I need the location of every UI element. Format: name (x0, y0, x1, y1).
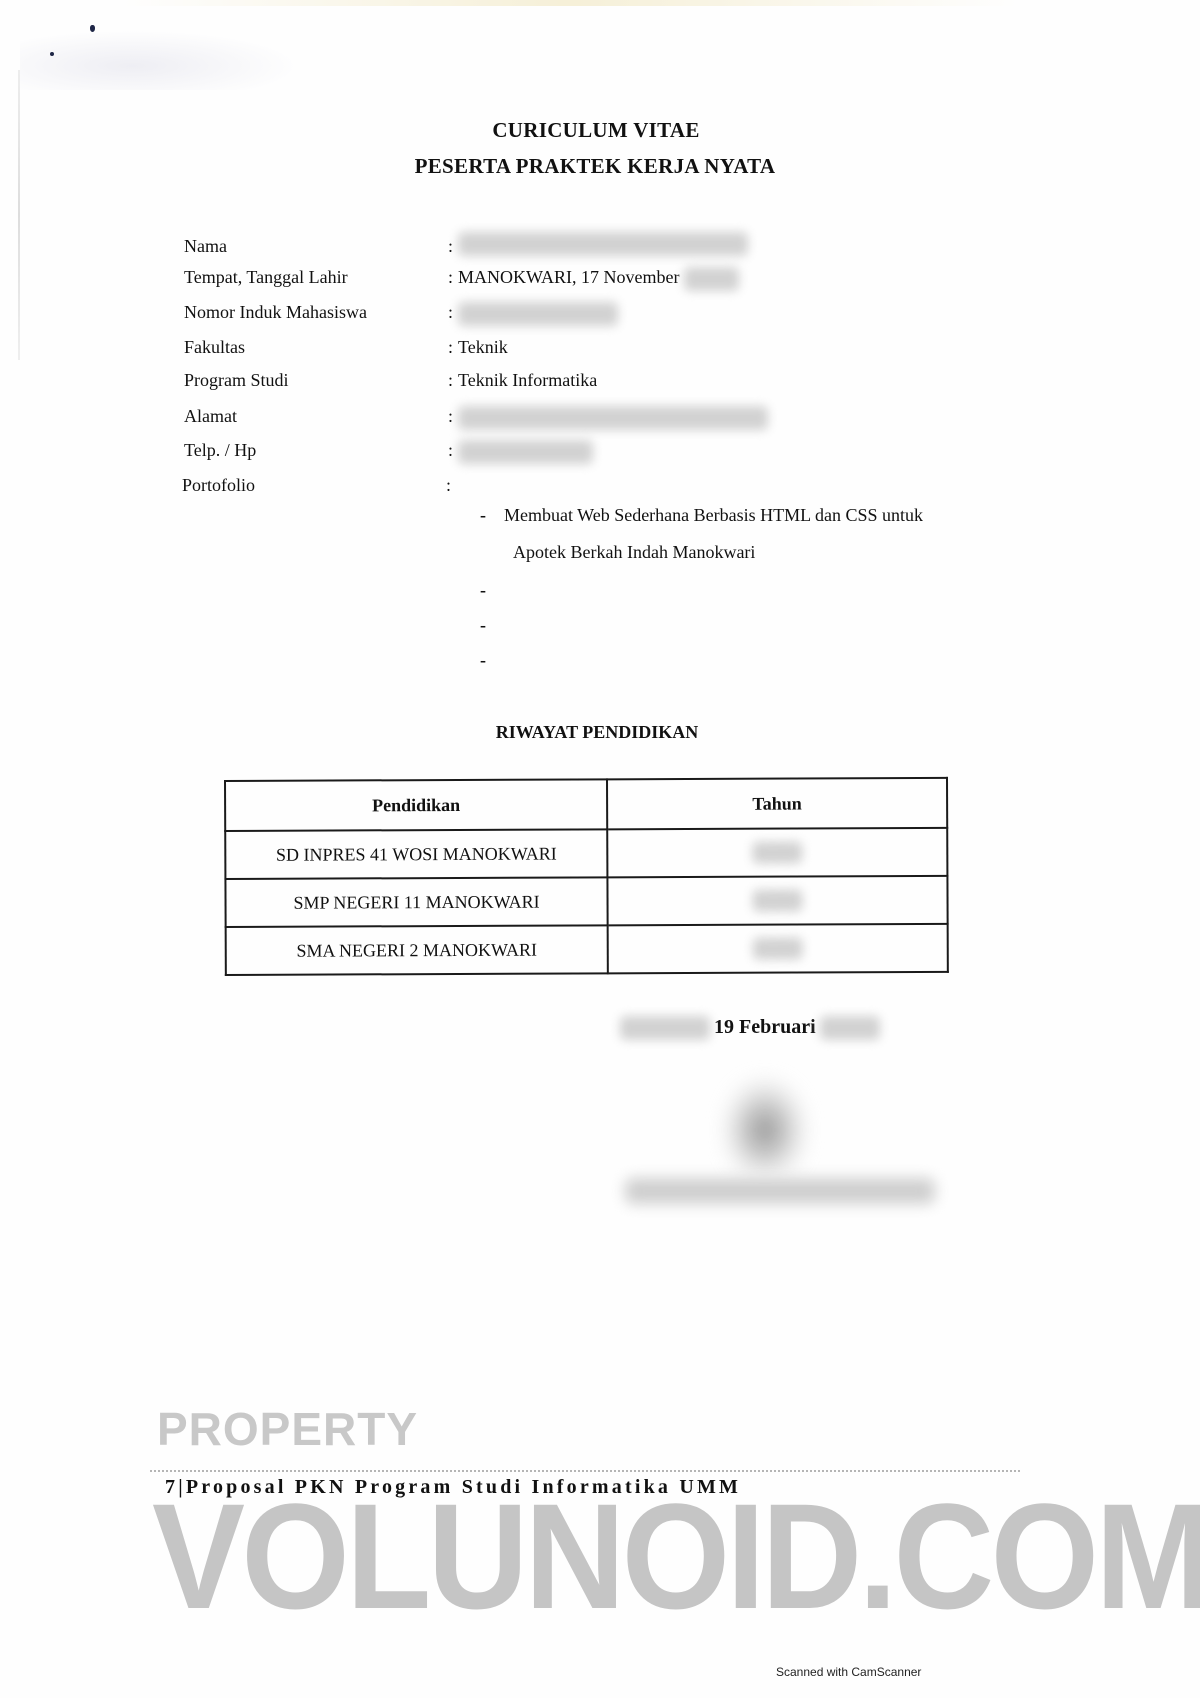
info-row-alamat: Alamat : (184, 406, 984, 436)
redacted-year (684, 267, 739, 291)
info-colon: : (448, 406, 453, 427)
scanner-credit: Scanned with CamScanner (776, 1665, 921, 1679)
table-header-row: Pendidikan Tahun (225, 778, 947, 831)
info-row-nama: Nama : (184, 236, 984, 266)
signature-date-text: 19 Februari (714, 1016, 816, 1038)
scan-artifact (20, 30, 300, 90)
section-title-education: RIWAYAT PENDIDIKAN (0, 722, 1197, 743)
footer-separator: | (178, 1476, 186, 1498)
cell-year-redacted (608, 924, 948, 973)
info-label: Fakultas (184, 337, 245, 358)
info-colon: : (448, 302, 453, 323)
info-label: Telp. / Hp (184, 440, 256, 461)
column-header-pendidikan: Pendidikan (225, 779, 607, 831)
bullet-dash: - (480, 650, 486, 671)
info-colon: : (448, 370, 453, 391)
info-label: Nomor Induk Mahasiswa (184, 302, 367, 323)
bullet-dash: - (480, 615, 486, 636)
info-row-program-studi: Program Studi : Teknik Informatika (184, 370, 984, 400)
info-value: MANOKWARI, 17 November (458, 267, 739, 291)
info-colon: : (448, 267, 453, 288)
education-table: Pendidikan Tahun SD INPRES 41 WOSI MANOK… (224, 777, 949, 976)
cell-school: SMP NEGERI 11 MANOKWARI (225, 877, 607, 927)
table-row: SD INPRES 41 WOSI MANOKWARI (225, 828, 947, 879)
info-value-redacted (458, 236, 748, 257)
info-value-redacted (458, 302, 618, 326)
bullet-dash: - (480, 505, 486, 526)
signature-image-redacted (720, 1075, 810, 1175)
info-row-ttl: Tempat, Tanggal Lahir : MANOKWARI, 17 No… (184, 267, 984, 297)
scan-artifact (120, 0, 1020, 6)
cell-school: SMA NEGERI 2 MANOKWARI (226, 925, 608, 975)
info-row-nim: Nomor Induk Mahasiswa : (184, 302, 984, 332)
watermark-property: PROPERTY (157, 1402, 418, 1456)
cell-year-redacted (607, 828, 947, 877)
info-colon: : (448, 236, 453, 257)
redacted-year (820, 1016, 880, 1040)
document-page: CURICULUM VITAE PESERTA PRAKTEK KERJA NY… (0, 0, 1200, 1698)
bullet-dash: - (480, 580, 486, 601)
footer-title: Proposal PKN Program Studi Informatika U… (186, 1476, 741, 1498)
table-row: SMP NEGERI 11 MANOKWARI (225, 876, 947, 927)
info-label: Program Studi (184, 370, 289, 391)
info-row-portofolio: Portofolio : (182, 475, 982, 505)
info-label: Portofolio (182, 475, 255, 496)
info-label: Nama (184, 236, 227, 257)
info-value-text: MANOKWARI, 17 November (458, 267, 679, 287)
redacted-place (620, 1016, 710, 1040)
ink-dot (50, 52, 54, 56)
ink-dot (90, 25, 95, 32)
info-row-telp: Telp. / Hp : (184, 440, 984, 470)
document-title: CURICULUM VITAE (0, 118, 1196, 143)
info-label: Alamat (184, 406, 237, 427)
info-value-redacted (458, 440, 593, 464)
scan-edge (18, 70, 20, 360)
cell-school: SD INPRES 41 WOSI MANOKWARI (225, 829, 607, 879)
signatory-name-redacted (625, 1178, 935, 1204)
info-colon: : (446, 475, 451, 496)
portfolio-item-line2: Apotek Berkah Indah Manokwari (513, 542, 755, 563)
cell-year-redacted (607, 876, 947, 925)
page-number: 7 (165, 1476, 178, 1498)
document-subtitle: PESERTA PRAKTEK KERJA NYATA (0, 154, 1195, 179)
info-colon: : (448, 337, 453, 358)
signature-date: 19 Februari (620, 1016, 880, 1040)
info-row-fakultas: Fakultas : Teknik (184, 337, 984, 367)
page-footer: 7|Proposal PKN Program Studi Informatika… (165, 1476, 741, 1499)
info-label: Tempat, Tanggal Lahir (184, 267, 348, 288)
portfolio-item-line1: Membuat Web Sederhana Berbasis HTML dan … (504, 505, 923, 526)
info-value: Teknik (458, 337, 508, 358)
info-value-redacted (458, 406, 768, 430)
info-colon: : (448, 440, 453, 461)
table-row: SMA NEGERI 2 MANOKWARI (226, 924, 948, 975)
info-value: Teknik Informatika (458, 370, 597, 391)
column-header-tahun: Tahun (607, 778, 947, 829)
